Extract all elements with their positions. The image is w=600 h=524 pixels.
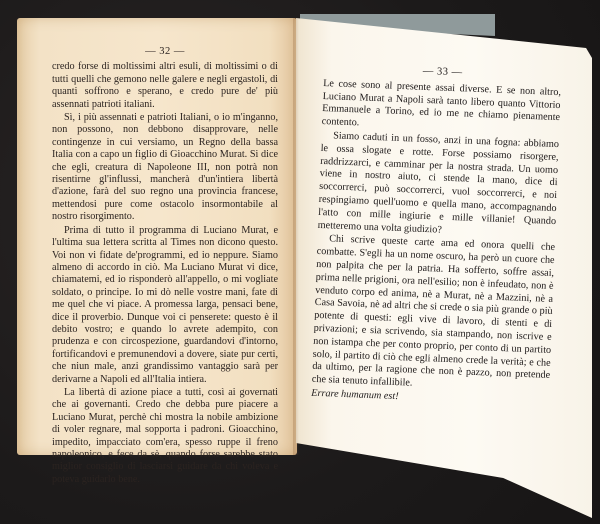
right-page-text: — 33 — Le cose sono al presente assai di…: [311, 62, 562, 410]
paragraph: Chi scrive queste carte ama ed onora que…: [312, 233, 556, 396]
closing-italic: Errare humanum est!: [311, 388, 399, 402]
open-book: — 32 — credo forse di moltissimi altri e…: [0, 0, 600, 524]
paragraph: credo forse di moltissimi altri esuli, d…: [52, 61, 278, 111]
page-number-left: — 32 —: [52, 46, 278, 58]
paragraph: La libertà di azione piace a tutti, così…: [52, 387, 278, 486]
book-gutter: [293, 18, 299, 455]
left-page-text: — 32 — credo forse di moltissimi altri e…: [52, 46, 278, 486]
paragraph: Siamo caduti in un fosso, anzi in una fo…: [317, 130, 559, 241]
paragraph: Prima di tutto il programma di Luciano M…: [52, 225, 278, 386]
paragraph: Le cose sono al presente assai diverse. …: [321, 78, 561, 138]
paragraph: Sì, i più assennati e patrioti Italiani,…: [52, 112, 278, 224]
